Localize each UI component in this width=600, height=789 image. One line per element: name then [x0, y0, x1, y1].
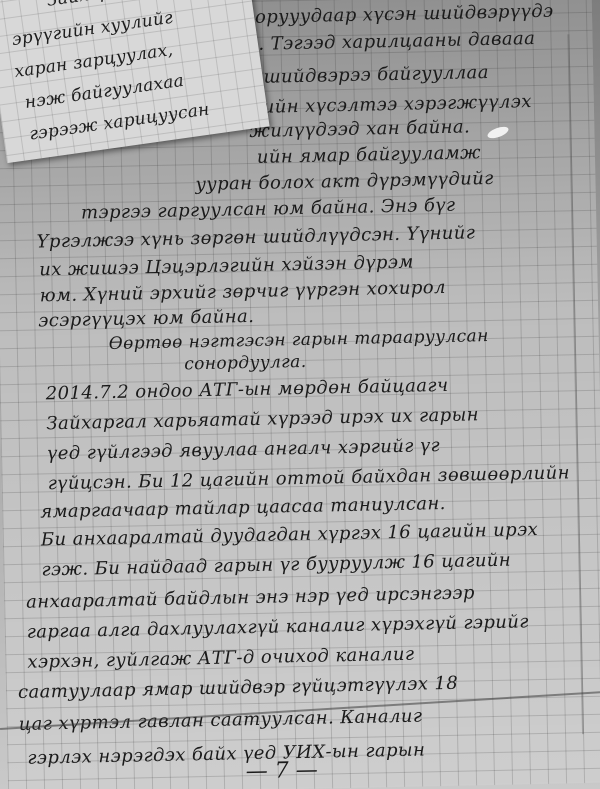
handwriting-line: цаг хүртэл гавлан саатуулсан. Каналиг [19, 706, 423, 735]
handwriting-line: гүйцсэн. Би 12 цагийн оттой байхдан зөвш… [47, 462, 570, 494]
handwriting-line: гэрлэх нэрэгдэх байх үед УИХ-ын гарын [27, 739, 425, 768]
handwriting-line: эсэргүүцэх юм байна. [38, 306, 254, 332]
note-handwriting-line: Зайхарга [46, 0, 131, 11]
handwriting-line: ямаргаачаар тайлар цаасаа таниулсан. [40, 493, 446, 522]
handwriting-line: их жишээ Цэцэрлэгийн хэйзэн дүрэм [39, 252, 414, 281]
handwriting-line: саатуулаар ямар шийдвэр гүйцэтгүүлэх 18 [18, 673, 459, 703]
handwriting-line: жилүүдээд хан байна. [249, 116, 470, 142]
handwriting-line: акурорууудаар хүсэн шийдвэрүүдэ [210, 1, 554, 29]
handwriting-line: юм. Хүний эрхийг зөрчиг үүргэн хохирол [40, 277, 447, 307]
handwriting-line: Үргэлжээ хүнь зөргөн шийдлүүдсэн. Үүнийг [36, 222, 475, 252]
handwriting-line: Би анхааралтай дуудагдан хүргэх 16 цагий… [41, 519, 539, 550]
handwriting-line: ууран болох акт дүрэмүүдийг [195, 168, 494, 195]
handwriting-line: ийн ямар байгууламж [257, 142, 481, 168]
handwriting-line: эрхийн хүсэлтээ хэрэгжүүлэх [230, 91, 532, 118]
handwriting-line: гэж. Би найдаад гарын үг бууруулж 16 цаг… [41, 550, 511, 581]
handwriting-line: үед гүйлгээд явуулаа ангалч хэргийг үг [47, 435, 440, 464]
handwriting-line: 2014.7.2 ондоо АТГ-ын мөрдөн байцаагч [46, 375, 449, 404]
handwriting-line: хэрхэн, гуйлгаж АТГ-д очиход каналиг [27, 644, 414, 673]
handwriting-line: анхааралтай байдлын энэ нэр үед ирсэнгээ… [26, 582, 475, 612]
page-number: — 7 — [246, 758, 318, 785]
section-heading-line: сонордуулга. [184, 352, 307, 375]
handwriting-line: гаргаа алга дахлуулахгүй каналиг хүрэхгү… [27, 611, 529, 643]
handwriting-line: Зайхаргал харьяатай хүрээд ирэх их гарын [46, 404, 479, 434]
section-heading-line: Өөртөө нэгтгэсэн гарын тарааруулсан [109, 326, 489, 354]
handwriting-line: тэргээ гаргуулсан юм байна. Энэ бүг [81, 195, 456, 224]
